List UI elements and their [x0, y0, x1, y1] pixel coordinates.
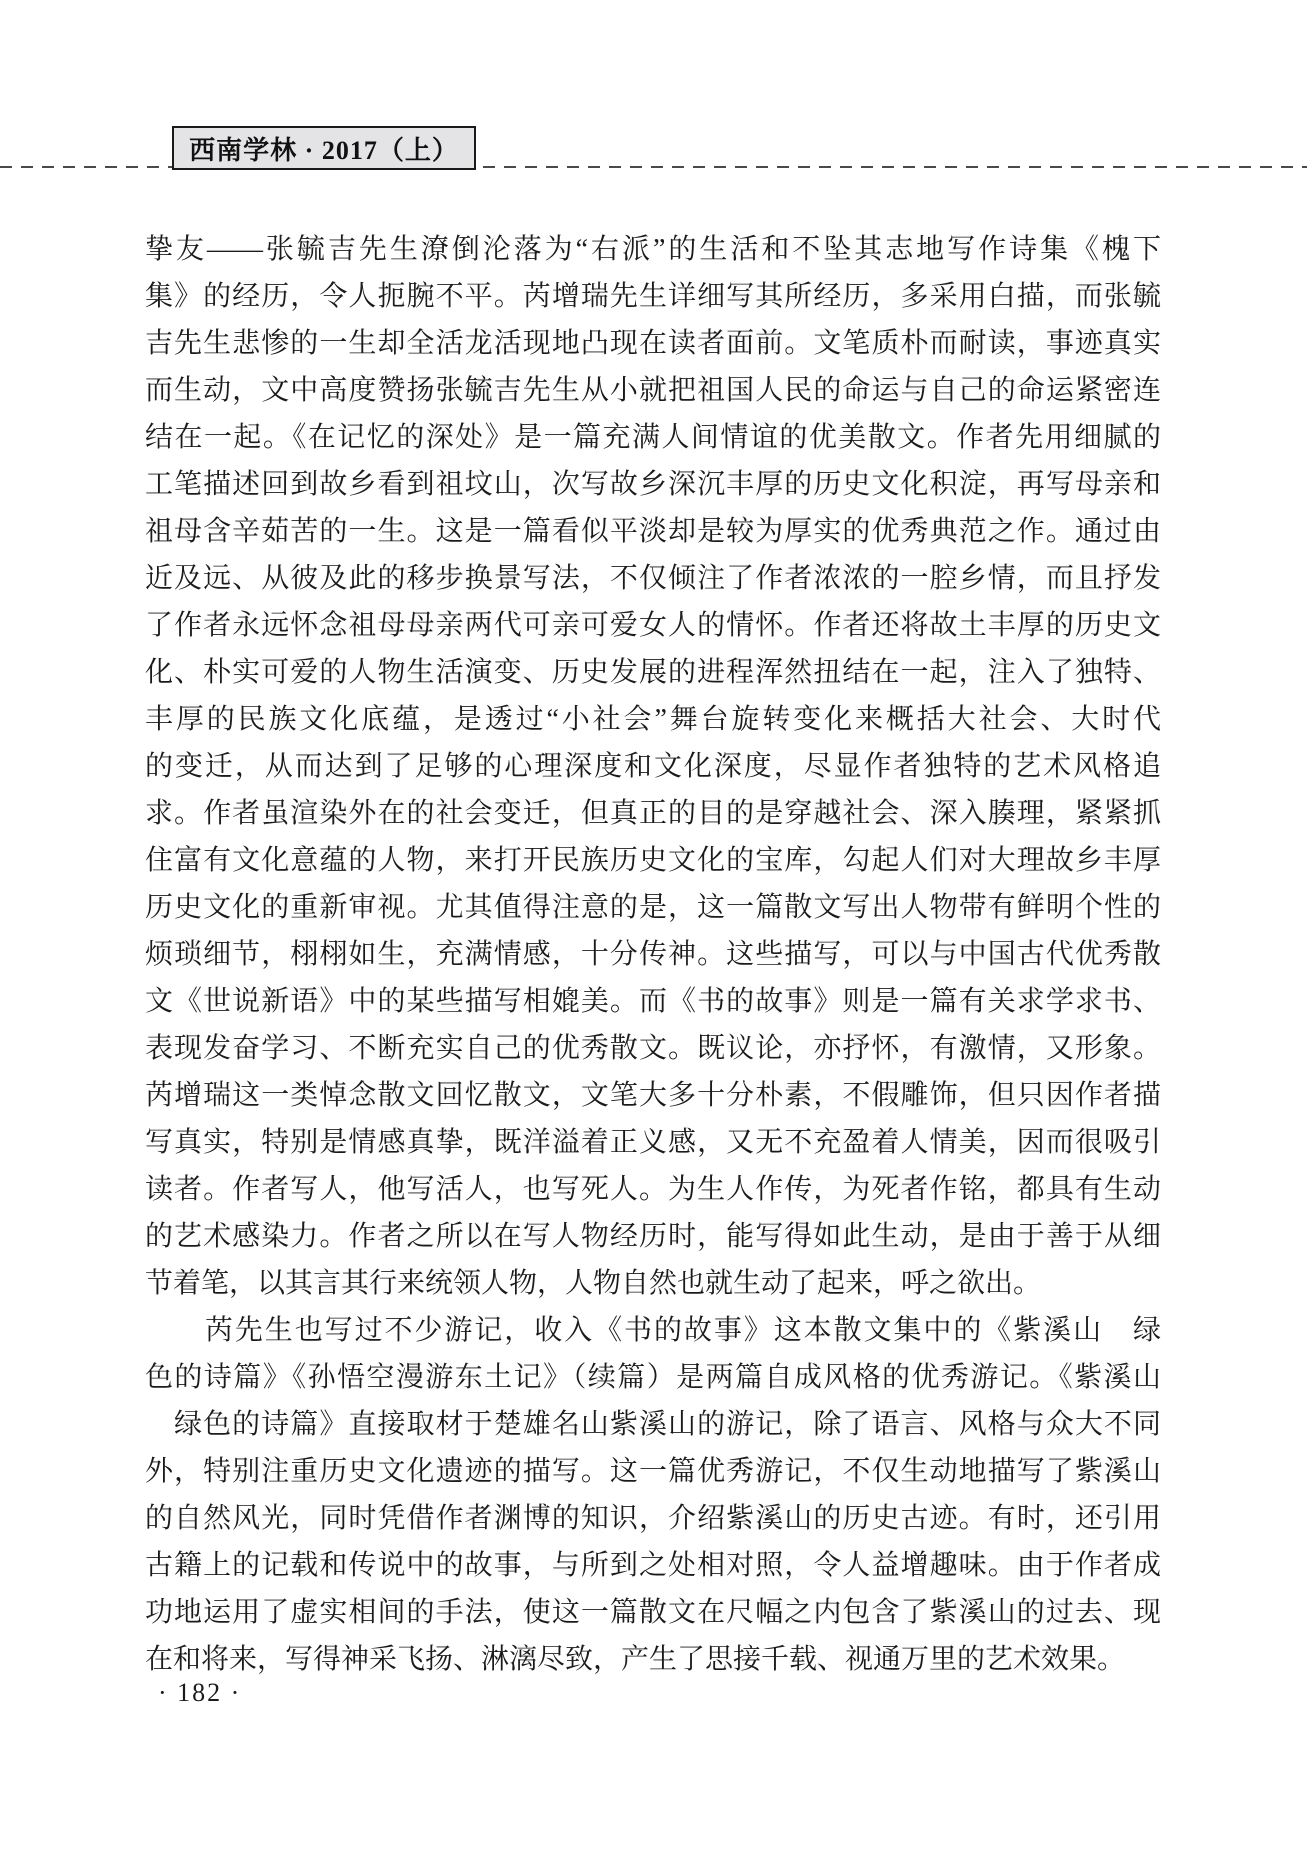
journal-header-box: 西南学林 · 2017（上） — [172, 126, 476, 170]
text-line: 挚友——张毓吉先生潦倒沦落为“右派”的生活和不坠其志地写作诗集《槐下 — [145, 226, 1161, 273]
scanned-book-page: 西南学林 · 2017（上） 挚友——张毓吉先生潦倒沦落为“右派”的生活和不坠其… — [0, 0, 1307, 1859]
text-line: 文《世说新语》中的某些描写相媲美。而《书的故事》则是一篇有关求学求书、 — [145, 978, 1161, 1025]
text-line: 近及远、从彼及此的移步换景写法，不仅倾注了作者浓浓的一腔乡情，而且抒发 — [145, 555, 1161, 602]
text-line: 功地运用了虚实相间的手法，使这一篇散文在尺幅之内包含了紫溪山的过去、现 — [145, 1589, 1161, 1636]
body-text: 挚友——张毓吉先生潦倒沦落为“右派”的生活和不坠其志地写作诗集《槐下集》的经历，… — [145, 226, 1161, 1683]
text-line: 了作者永远怀念祖母母亲两代可亲可爱女人的情怀。作者还将故土丰厚的历史文 — [145, 602, 1161, 649]
text-line: 外，特别注重历史文化遗迹的描写。这一篇优秀游记，不仅生动地描写了紫溪山 — [145, 1448, 1161, 1495]
text-line: 丰厚的民族文化底蕴，是透过“小社会”舞台旋转变化来概括大社会、大时代 — [145, 696, 1161, 743]
text-line: 求。作者虽渲染外在的社会变迁，但真正的目的是穿越社会、深入腠理，紧紧抓 — [145, 790, 1161, 837]
text-line: 集》的经历，令人扼腕不平。芮增瑞先生详细写其所经历，多采用白描，而张毓 — [145, 273, 1161, 320]
text-line: 的艺术感染力。作者之所以在写人物经历时，能写得如此生动，是由于善于从细 — [145, 1213, 1161, 1260]
text-line: 在和将来，写得神采飞扬、淋漓尽致，产生了思接千载、视通万里的艺术效果。 — [145, 1636, 1161, 1683]
text-line: 绿色的诗篇》直接取材于楚雄名山紫溪山的游记，除了语言、风格与众大不同 — [145, 1401, 1161, 1448]
text-line: 结在一起。《在记忆的深处》是一篇充满人间情谊的优美散文。作者先用细腻的 — [145, 414, 1161, 461]
text-line: 表现发奋学习、不断充实自己的优秀散文。既议论，亦抒怀，有激情，又形象。 — [145, 1025, 1161, 1072]
text-line: 祖母含辛茹苦的一生。这是一篇看似平淡却是较为厚实的优秀典范之作。通过由 — [145, 508, 1161, 555]
text-line: 节着笔，以其言其行来统领人物，人物自然也就生动了起来，呼之欲出。 — [145, 1260, 1161, 1307]
text-line: 历史文化的重新审视。尤其值得注意的是，这一篇散文写出人物带有鲜明个性的 — [145, 884, 1161, 931]
text-line: 吉先生悲惨的一生却全活龙活现地凸现在读者面前。文笔质朴而耐读，事迹真实 — [145, 320, 1161, 367]
text-line: 读者。作者写人，他写活人，也写死人。为生人作传，为死者作铭，都具有生动 — [145, 1166, 1161, 1213]
text-line: 而生动，文中高度赞扬张毓吉先生从小就把祖国人民的命运与自己的命运紧密连 — [145, 367, 1161, 414]
journal-title: 西南学林 · 2017（上） — [189, 130, 459, 167]
page-number: · 182 · — [158, 1678, 241, 1708]
text-line: 的变迁，从而达到了足够的心理深度和文化深度，尽显作者独特的艺术风格追 — [145, 743, 1161, 790]
text-line: 烦琐细节，栩栩如生，充满情感，十分传神。这些描写，可以与中国古代优秀散 — [145, 931, 1161, 978]
text-line: 住富有文化意蕴的人物，来打开民族历史文化的宝库，勾起人们对大理故乡丰厚 — [145, 837, 1161, 884]
text-line: 芮先生也写过不少游记，收入《书的故事》这本散文集中的《紫溪山 绿 — [145, 1307, 1161, 1354]
text-line: 的自然风光，同时凭借作者渊博的知识，介绍紫溪山的历史古迹。有时，还引用 — [145, 1495, 1161, 1542]
text-line: 古籍上的记载和传说中的故事，与所到之处相对照，令人益增趣味。由于作者成 — [145, 1542, 1161, 1589]
text-line: 色的诗篇》《孙悟空漫游东土记》（续篇）是两篇自成风格的优秀游记。《紫溪山 — [145, 1354, 1161, 1401]
text-line: 化、朴实可爱的人物生活演变、历史发展的进程浑然扭结在一起，注入了独特、 — [145, 649, 1161, 696]
text-line: 芮增瑞这一类悼念散文回忆散文，文笔大多十分朴素，不假雕饰，但只因作者描 — [145, 1072, 1161, 1119]
text-line: 写真实，特别是情感真挚，既洋溢着正义感，又无不充盈着人情美，因而很吸引 — [145, 1119, 1161, 1166]
text-line: 工笔描述回到故乡看到祖坟山，次写故乡深沉丰厚的历史文化积淀，再写母亲和 — [145, 461, 1161, 508]
